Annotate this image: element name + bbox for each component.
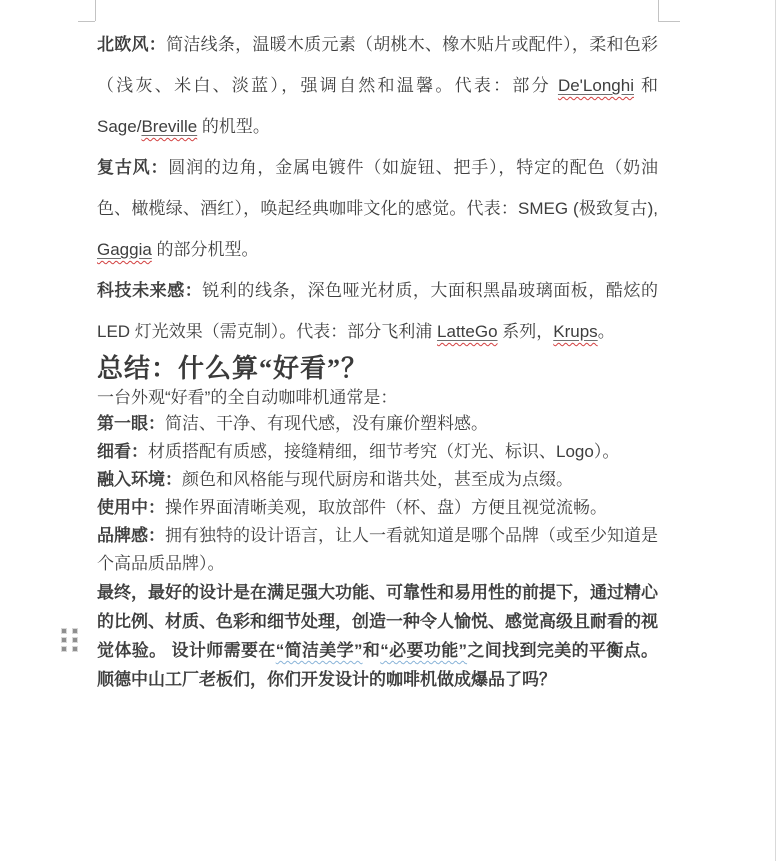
text-run: 的部分机型。 xyxy=(152,240,259,259)
text-run: 。 xyxy=(598,322,615,341)
list-item: 细看：材质搭配有质感，接缝精细，细节考究（灯光、标识、Logo）。 xyxy=(97,438,658,466)
misspelled-word: LatteGo xyxy=(437,322,498,341)
text-run: 材质搭配有质感，接缝精细，细节考究（灯光、标识、Logo）。 xyxy=(148,442,619,461)
text-run: 复古风： xyxy=(97,158,168,177)
document-content: 北欧风：简洁线条，温暖木质元素（胡桃木、橡木贴片或配件），柔和色彩（浅灰、米白、… xyxy=(0,0,777,694)
list-paragraph: 北欧风：简洁线条，温暖木质元素（胡桃木、橡木贴片或配件），柔和色彩（浅灰、米白、… xyxy=(97,24,658,147)
heading: 总结：什么算“好看”？ xyxy=(97,352,658,386)
misspelled-word: Krups xyxy=(553,322,597,341)
text-run: 总结：什么算“好看”？ xyxy=(97,354,368,383)
grammar-flagged-text: “必要功能” xyxy=(380,641,467,660)
text-run: 北欧风： xyxy=(97,35,166,54)
misspelled-word: Breville xyxy=(141,117,197,136)
text-run: 品牌感： xyxy=(97,526,165,545)
list-item: 品牌感：拥有独特的设计语言，让人一看就知道是哪个品牌（或至少知道是个高品质品牌）… xyxy=(97,522,658,578)
text-run: 简洁、干净、有现代感，没有廉价塑料感。 xyxy=(165,414,488,433)
text-run: 颜色和风格能与现代厨房和谐共处，甚至成为点缀。 xyxy=(182,470,573,489)
list-paragraph: 复古风：圆润的边角，金属电镀件（如旋钮、把手），特定的配色（奶油色、橄榄绿、酒红… xyxy=(97,147,658,270)
list-item: 使用中：操作界面清晰美观，取放部件（杯、盘）方便且视觉流畅。 xyxy=(97,494,658,522)
list-paragraph: 科技未来感：锐利的线条，深色哑光材质，大面积黑晶玻璃面板，酷炫的 LED 灯光效… xyxy=(97,270,658,352)
text-run: 使用中： xyxy=(97,498,165,517)
text-run: 科技未来感： xyxy=(97,281,202,300)
misspelled-word: De'Longhi xyxy=(558,76,634,95)
text-run: 细看： xyxy=(97,442,148,461)
text-run: 系列， xyxy=(498,322,554,341)
text-run: 的机型。 xyxy=(197,117,270,136)
body: 一台外观“好看”的全自动咖啡机通常是： xyxy=(97,386,658,410)
text-run: 融入环境： xyxy=(97,470,182,489)
text-run: 操作界面清晰美观，取放部件（杯、盘）方便且视觉流畅。 xyxy=(165,498,607,517)
list-item: 第一眼：简洁、干净、有现代感，没有廉价塑料感。 xyxy=(97,410,658,438)
text-run: 圆润的边角，金属电镀件（如旋钮、把手），特定的配色（奶油色、橄榄绿、酒红），唤起… xyxy=(97,158,658,218)
grammar-flagged-text: “简洁美学” xyxy=(276,641,363,660)
text-run: 拥有独特的设计语言，让人一看就知道是哪个品牌（或至少知道是个高品质品牌）。 xyxy=(97,526,658,573)
text-run: 第一眼： xyxy=(97,414,165,433)
misspelled-word: Gaggia xyxy=(97,240,152,259)
text-run: 一台外观“好看”的全自动咖啡机通常是： xyxy=(97,388,397,407)
bold-para: 最终，最好的设计是在满足强大功能、可靠性和易用性的前提下，通过精心的比例、材质、… xyxy=(97,578,658,694)
text-run: 和 xyxy=(363,641,381,660)
list-item: 融入环境：颜色和风格能与现代厨房和谐共处，甚至成为点缀。 xyxy=(97,466,658,494)
